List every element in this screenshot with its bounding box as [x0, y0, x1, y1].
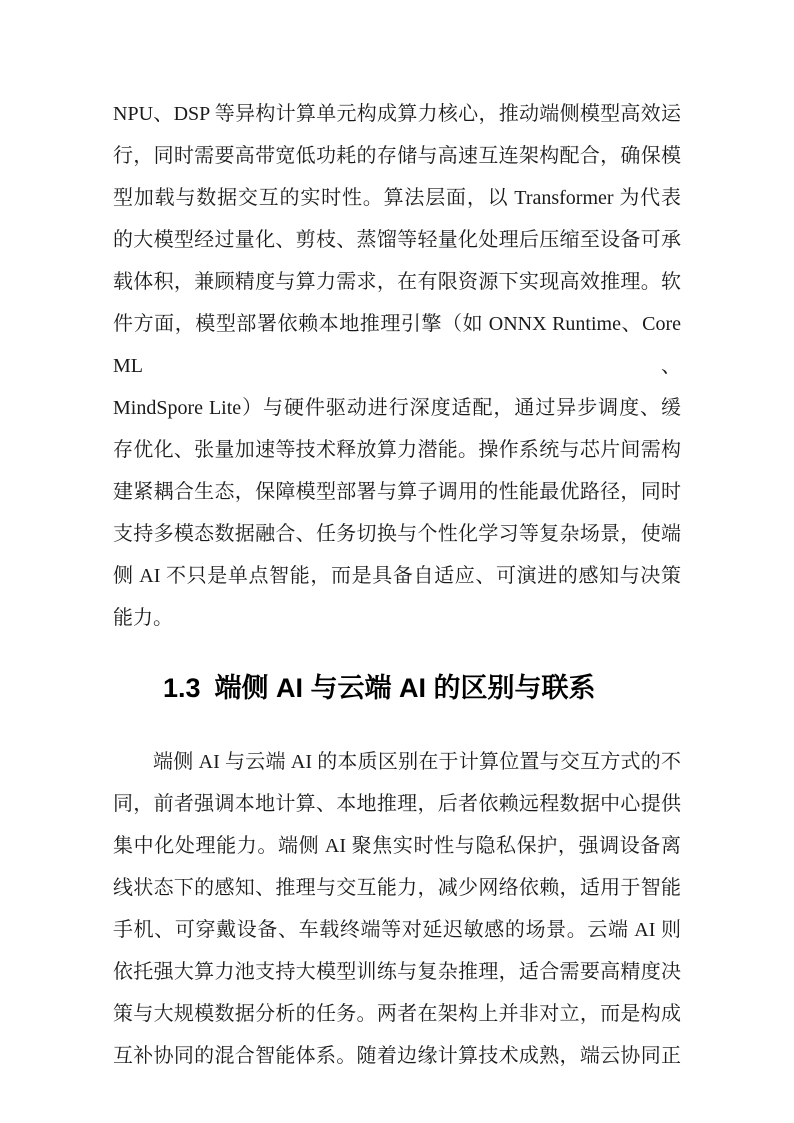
text-line: 的大模型经过量化、剪枝、蒸馏等轻量化处理后压缩至设备可承: [113, 219, 681, 261]
heading-number: 1.3: [163, 673, 201, 703]
text-line: 互补协同的混合智能体系。随着边缘计算技术成熟，端云协同正: [113, 1035, 681, 1077]
text-line: 建紧耦合生态，保障模型部署与算子调用的性能最优路径，同时: [113, 471, 681, 513]
text-line: 策与大规模数据分析的任务。两者在架构上并非对立，而是构成: [113, 993, 681, 1035]
text-line: 载体积，兼顾精度与算力需求，在有限资源下实现高效推理。软: [113, 261, 681, 303]
text-line: 支持多模态数据融合、任务切换与个性化学习等复杂场景，使端: [113, 513, 681, 555]
text-line: 能力。: [113, 597, 681, 639]
text-line: 集中化处理能力。端侧 AI 聚焦实时性与隐私保护，强调设备离: [113, 825, 681, 867]
page-content: NPU、DSP 等异构计算单元构成算力核心，推动端侧模型高效运行，同时需要高带宽…: [113, 93, 681, 1077]
text-line: NPU、DSP 等异构计算单元构成算力核心，推动端侧模型高效运: [113, 93, 681, 135]
document-page: NPU、DSP 等异构计算单元构成算力核心，推动端侧模型高效运行，同时需要高带宽…: [0, 0, 794, 1123]
text-line: 行，同时需要高带宽低功耗的存储与高速互连架构配合，确保模: [113, 135, 681, 177]
paragraph-continuation: NPU、DSP 等异构计算单元构成算力核心，推动端侧模型高效运行，同时需要高带宽…: [113, 93, 681, 639]
paragraph-body: 端侧 AI 与云端 AI 的本质区别在于计算位置与交互方式的不同，前者强调本地计…: [113, 741, 681, 1077]
text-line: 同，前者强调本地计算、本地推理，后者依赖远程数据中心提供: [113, 783, 681, 825]
text-line: 端侧 AI 与云端 AI 的本质区别在于计算位置与交互方式的不: [113, 741, 681, 783]
text-line: 手机、可穿戴设备、车载终端等对延迟敏感的场景。云端 AI 则: [113, 909, 681, 951]
text-line: 线状态下的感知、推理与交互能力，减少网络依赖，适用于智能: [113, 867, 681, 909]
text-line: MindSpore Lite）与硬件驱动进行深度适配，通过异步调度、缓: [113, 387, 681, 429]
text-line: 件方面，模型部署依赖本地推理引擎（如 ONNX Runtime、Core ML、: [113, 303, 681, 387]
text-line: 型加载与数据交互的实时性。算法层面，以 Transformer 为代表: [113, 177, 681, 219]
text-line: 依托强大算力池支持大模型训练与复杂推理，适合需要高精度决: [113, 951, 681, 993]
text-line: 存优化、张量加速等技术释放算力潜能。操作系统与芯片间需构: [113, 429, 681, 471]
text-line: 侧 AI 不只是单点智能，而是具备自适应、可演进的感知与决策: [113, 555, 681, 597]
section-heading: 1.3端侧 AI 与云端 AI 的区别与联系: [113, 665, 681, 711]
heading-title: 端侧 AI 与云端 AI 的区别与联系: [215, 673, 596, 703]
